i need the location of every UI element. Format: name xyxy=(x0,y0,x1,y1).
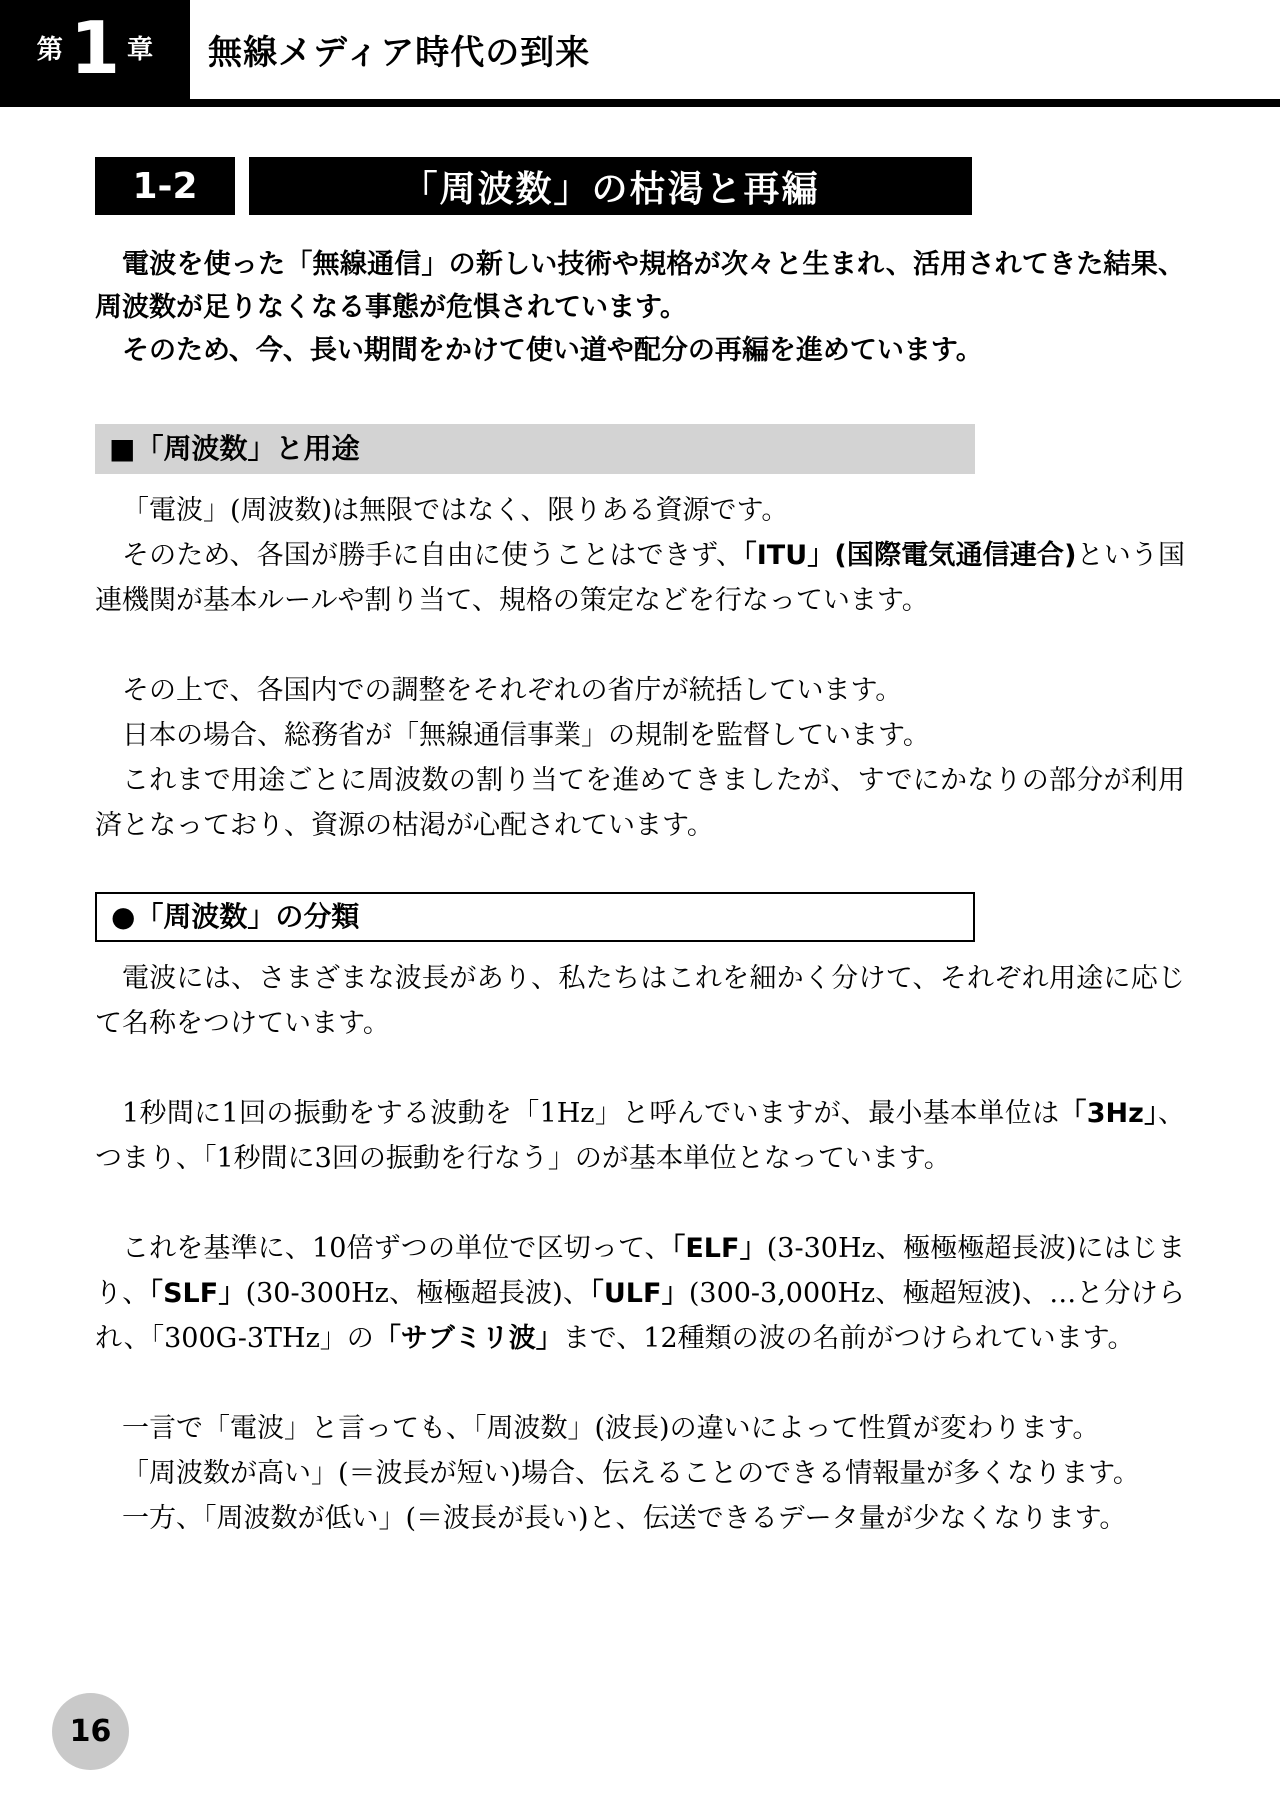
paragraph: 一言で「電波」と言っても、「周波数」(波長)の違いによって性質が変わります。 xyxy=(95,1406,1185,1451)
paragraph: 一方、「周波数が低い」(＝波長が長い)と、伝送できるデータ量が少なくなります。 xyxy=(95,1496,1185,1541)
paragraph: そのため、各国が勝手に自由に使うことはできず、「ITU」(国際電気通信連合)とい… xyxy=(95,533,1185,623)
emphasized-term: 「ULF」 xyxy=(590,1278,689,1309)
chapter-suffix: 章 xyxy=(127,37,153,63)
section-heading-bar: ■「周波数」と用途 xyxy=(95,424,975,474)
page-number: 16 xyxy=(70,1714,112,1749)
paragraph-group: これを基準に、10倍ずつの単位で区切って、「ELF」(3-30Hz、極極極超長波… xyxy=(95,1226,1185,1361)
page-content: 1-2 「周波数」の枯渇と再編 電波を使った「無線通信」の新しい技術や規格が次々… xyxy=(0,157,1280,1541)
chapter-title: 無線メディア時代の到来 xyxy=(208,25,590,74)
paragraph: 電波には、さまざまな波長があり、私たちはこれを細かく分けて、それぞれ用途に応じて… xyxy=(95,956,1185,1046)
header-rule xyxy=(0,99,1280,107)
emphasized-term: 「ELF」 xyxy=(672,1233,767,1264)
paragraph-group: その上で、各国内での調整をそれぞれの省庁が統括しています。日本の場合、総務省が「… xyxy=(95,668,1185,848)
emphasized-term: 「SLF」 xyxy=(149,1278,245,1309)
paragraph: これまで用途ごとに周波数の割り当てを進めてきましたが、すでにかなりの部分が利用済… xyxy=(95,758,1185,848)
page-number-badge: 16 xyxy=(52,1693,129,1770)
section-number: 1-2 xyxy=(95,157,235,215)
lead-paragraph: 電波を使った「無線通信」の新しい技術や規格が次々と生まれ、活用されてきた結果、周… xyxy=(95,243,1185,329)
paragraph: 日本の場合、総務省が「無線通信事業」の規制を監督しています。 xyxy=(95,713,1185,758)
section-title: 「周波数」の枯渇と再編 xyxy=(249,157,972,215)
paragraph: 「周波数が高い」(＝波長が短い)場合、伝えることのできる情報量が多くなります。 xyxy=(95,1451,1185,1496)
paragraph: これを基準に、10倍ずつの単位で区切って、「ELF」(3-30Hz、極極極超長波… xyxy=(95,1226,1185,1361)
paragraph: その上で、各国内での調整をそれぞれの省庁が統括しています。 xyxy=(95,668,1185,713)
paragraph: 1秒間に1回の振動をする波動を「1Hz」と呼んでいますが、最小基本単位は「3Hz… xyxy=(95,1091,1185,1181)
paragraph-group: 1秒間に1回の振動をする波動を「1Hz」と呼んでいますが、最小基本単位は「3Hz… xyxy=(95,1091,1185,1181)
chapter-header: 第 1 章 無線メディア時代の到来 xyxy=(0,0,1280,99)
paragraph-group: 「電波」(周波数)は無限ではなく、限りある資源です。そのため、各国が勝手に自由に… xyxy=(95,488,1185,623)
paragraph-group: 一言で「電波」と言っても、「周波数」(波長)の違いによって性質が変わります。「周… xyxy=(95,1406,1185,1541)
lead-paragraph: そのため、今、長い期間をかけて使い道や配分の再編を進めています。 xyxy=(95,329,1185,372)
emphasized-term: 「3Hz」 xyxy=(1059,1098,1158,1129)
section-heading-box: ●「周波数」の分類 xyxy=(95,892,975,942)
lead-paragraphs: 電波を使った「無線通信」の新しい技術や規格が次々と生まれ、活用されてきた結果、周… xyxy=(95,243,1185,372)
paragraph: 「電波」(周波数)は無限ではなく、限りある資源です。 xyxy=(95,488,1185,533)
paragraph-group: 電波には、さまざまな波長があり、私たちはこれを細かく分けて、それぞれ用途に応じて… xyxy=(95,956,1185,1046)
chapter-number: 1 xyxy=(70,12,120,84)
article-body: ■「周波数」と用途「電波」(周波数)は無限ではなく、限りある資源です。そのため、… xyxy=(95,424,1185,1541)
section-header: 1-2 「周波数」の枯渇と再編 xyxy=(95,157,1185,215)
chapter-prefix: 第 xyxy=(37,37,63,63)
emphasized-term: 「ITU」(国際電気通信連合) xyxy=(743,540,1076,571)
chapter-number-box: 第 1 章 xyxy=(0,0,190,99)
emphasized-term: 「サブミリ波」 xyxy=(374,1323,563,1354)
